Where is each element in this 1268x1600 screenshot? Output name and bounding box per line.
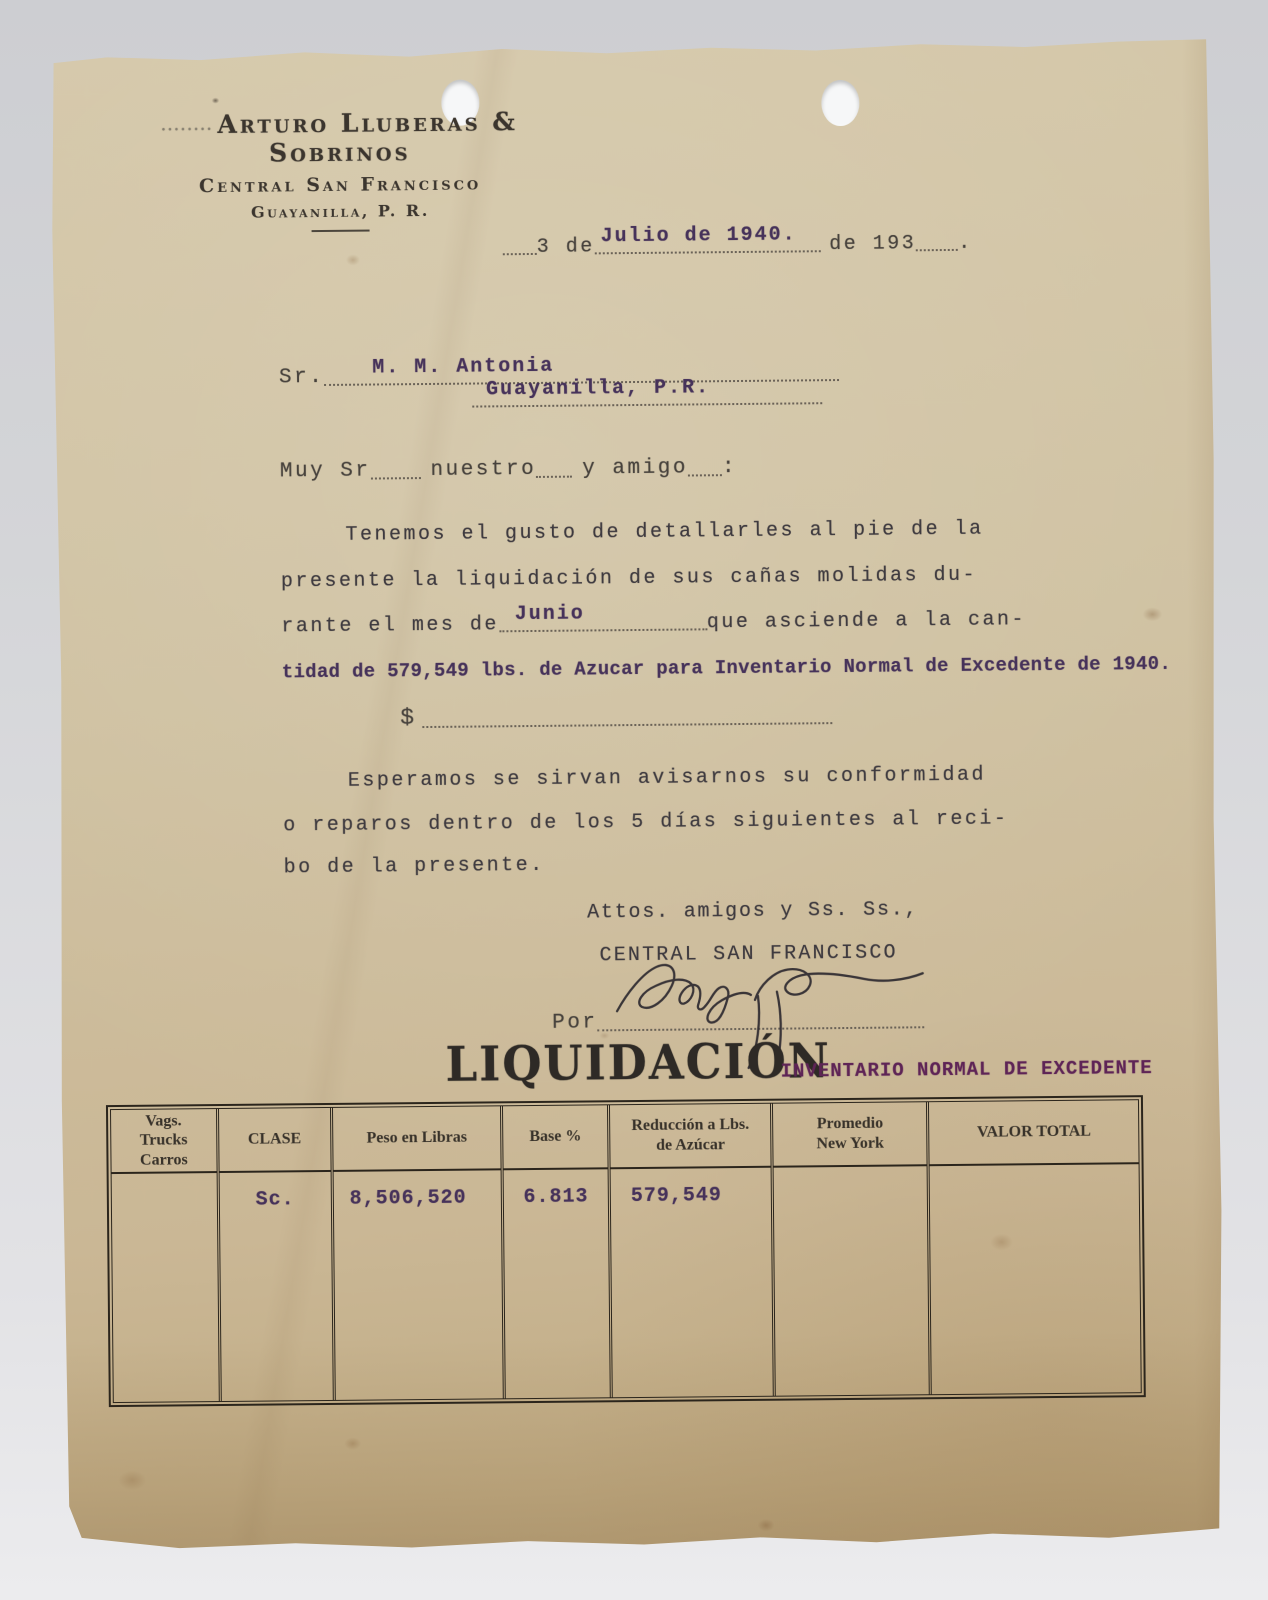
date-year-printed: de 193 <box>829 231 916 257</box>
por-line: Por <box>552 1007 924 1037</box>
division-name: Central San Francisco <box>90 171 590 198</box>
dollar-sign: $ <box>400 704 417 733</box>
para2-line2: o reparos dentro de los 5 días siguiente… <box>283 806 1008 838</box>
punch-hole-right <box>821 80 859 126</box>
addressee-city: Guayanilla, P.R. <box>486 375 710 402</box>
salutation-word1: Muy Sr <box>280 459 371 486</box>
salutation-dots-1 <box>371 477 421 479</box>
salutation-line: Muy Sr nuestro y amigo : <box>280 455 737 486</box>
typed-month: Junio <box>515 601 585 627</box>
cell-clase: Sc. <box>219 1172 332 1401</box>
closing-company: CENTRAL SAN FRANCISCO <box>599 941 897 969</box>
header-line: VALOR TOTAL <box>977 1122 1091 1143</box>
date-blank: Julio de 1940. <box>595 250 821 254</box>
document-paper: ........Arturo Lluberas & Sobrinos Centr… <box>49 38 1225 1551</box>
salutation-word2: nuestro <box>430 457 536 484</box>
closing-regards: Attos. amigos y Ss. Ss., <box>587 897 918 925</box>
table-header-vags: Vags. Trucks Carros <box>111 1109 216 1174</box>
cell-vags <box>112 1173 219 1402</box>
header-line: Base % <box>529 1127 581 1147</box>
amount-dots <box>423 722 833 728</box>
table-header-base: Base % <box>503 1105 607 1170</box>
salutation-word3: y amigo <box>582 455 688 482</box>
table-header-peso: Peso en Libras <box>333 1106 501 1172</box>
salutation-dots-3 <box>688 474 722 476</box>
column-reduccion: Reducción a Lbs. de Azúcar 579,549 <box>607 1104 773 1398</box>
city-blank: Guayanilla, P.R. <box>472 402 822 407</box>
para2-line3: bo de la presente. <box>284 853 545 881</box>
header-line: de Azúcar <box>656 1135 725 1155</box>
month-blank: Junio <box>499 628 707 632</box>
para1-line3-before: rante el mes de <box>281 612 499 639</box>
para1-line3: rante el mes de Junio que asciende a la … <box>281 607 1026 639</box>
date-day: 3 de <box>537 234 595 260</box>
salutation-dots-2 <box>536 476 572 478</box>
header-line: Vags. <box>145 1111 181 1131</box>
date-period: . <box>958 231 973 256</box>
date-line: 3 de Julio de 1940. de 193 . <box>503 231 973 261</box>
letterhead-rule <box>312 230 370 233</box>
table-frame-inner: Vags. Trucks Carros CLASE Sc. Peso en Li… <box>110 1099 1142 1403</box>
photo-background: ........Arturo Lluberas & Sobrinos Centr… <box>0 0 1268 1600</box>
header-line: New York <box>816 1134 884 1154</box>
inventario-stamp: INVENTARIO NORMAL DE EXCEDENTE <box>781 1057 1153 1083</box>
company-name: Arturo Lluberas & Sobrinos <box>217 107 518 167</box>
para1-line1: Tenemos el gusto de detallarles al pie d… <box>345 517 983 548</box>
por-label: Por <box>552 1010 598 1037</box>
amount-line: $ <box>400 700 845 733</box>
column-valor: VALOR TOTAL <box>926 1100 1140 1394</box>
column-vags: Vags. Trucks Carros <box>111 1109 219 1402</box>
letterhead: ........Arturo Lluberas & Sobrinos Centr… <box>89 106 590 234</box>
letterhead-city: Guayanilla, P. R. <box>90 199 590 223</box>
cell-reduccion: 579,549 <box>611 1168 773 1398</box>
table-header-clase: CLASE <box>219 1108 331 1173</box>
cell-peso: 8,506,520 <box>333 1170 503 1400</box>
signature-blank <box>598 1027 925 1032</box>
table-header-promedio: Promedio New York <box>773 1102 927 1167</box>
para1-line3-after: que asciende a la can- <box>707 607 1026 635</box>
column-peso: Peso en Libras 8,506,520 <box>330 1106 503 1400</box>
company-name-line: ........Arturo Lluberas & Sobrinos <box>89 106 590 169</box>
header-line: Trucks <box>140 1131 188 1151</box>
table-header-valor: VALOR TOTAL <box>929 1100 1138 1166</box>
header-line: CLASE <box>248 1129 302 1149</box>
sr-label: Sr. <box>279 365 325 392</box>
addressee-city-line: Guayanilla, P.R. <box>472 402 822 412</box>
header-line: Peso en Libras <box>366 1128 467 1148</box>
para2-line1: Esperamos se sirvan avisarnos su conform… <box>348 763 986 794</box>
column-promedio: Promedio New York <box>770 1102 929 1395</box>
liquidacion-table: Vags. Trucks Carros CLASE Sc. Peso en Li… <box>106 1095 1146 1407</box>
letterhead-dots: ........ <box>161 119 213 135</box>
column-clase: CLASE Sc. <box>216 1108 333 1401</box>
para1-line4: tidad de 579,549 lbs. de Azucar para Inv… <box>282 653 1172 685</box>
header-line: Carros <box>140 1150 188 1170</box>
table-header-reduccion: Reducción a Lbs. de Azúcar <box>610 1104 771 1170</box>
cell-valor <box>930 1164 1141 1394</box>
cell-base: 6.813 <box>504 1169 610 1398</box>
liquidacion-title: LIQUIDACIÓN <box>445 1033 831 1092</box>
salutation-colon: : <box>722 455 737 481</box>
header-line: Promedio <box>817 1114 884 1134</box>
cell-promedio <box>774 1166 929 1395</box>
column-base: Base % 6.813 <box>500 1105 610 1398</box>
para1-line2: presente la liquidación de sus cañas mol… <box>281 563 977 595</box>
date-dots-1 <box>503 253 537 255</box>
typed-date: Julio de 1940. <box>601 222 797 249</box>
date-dots-2 <box>916 249 958 251</box>
header-line: Reducción a Lbs. <box>631 1115 749 1136</box>
